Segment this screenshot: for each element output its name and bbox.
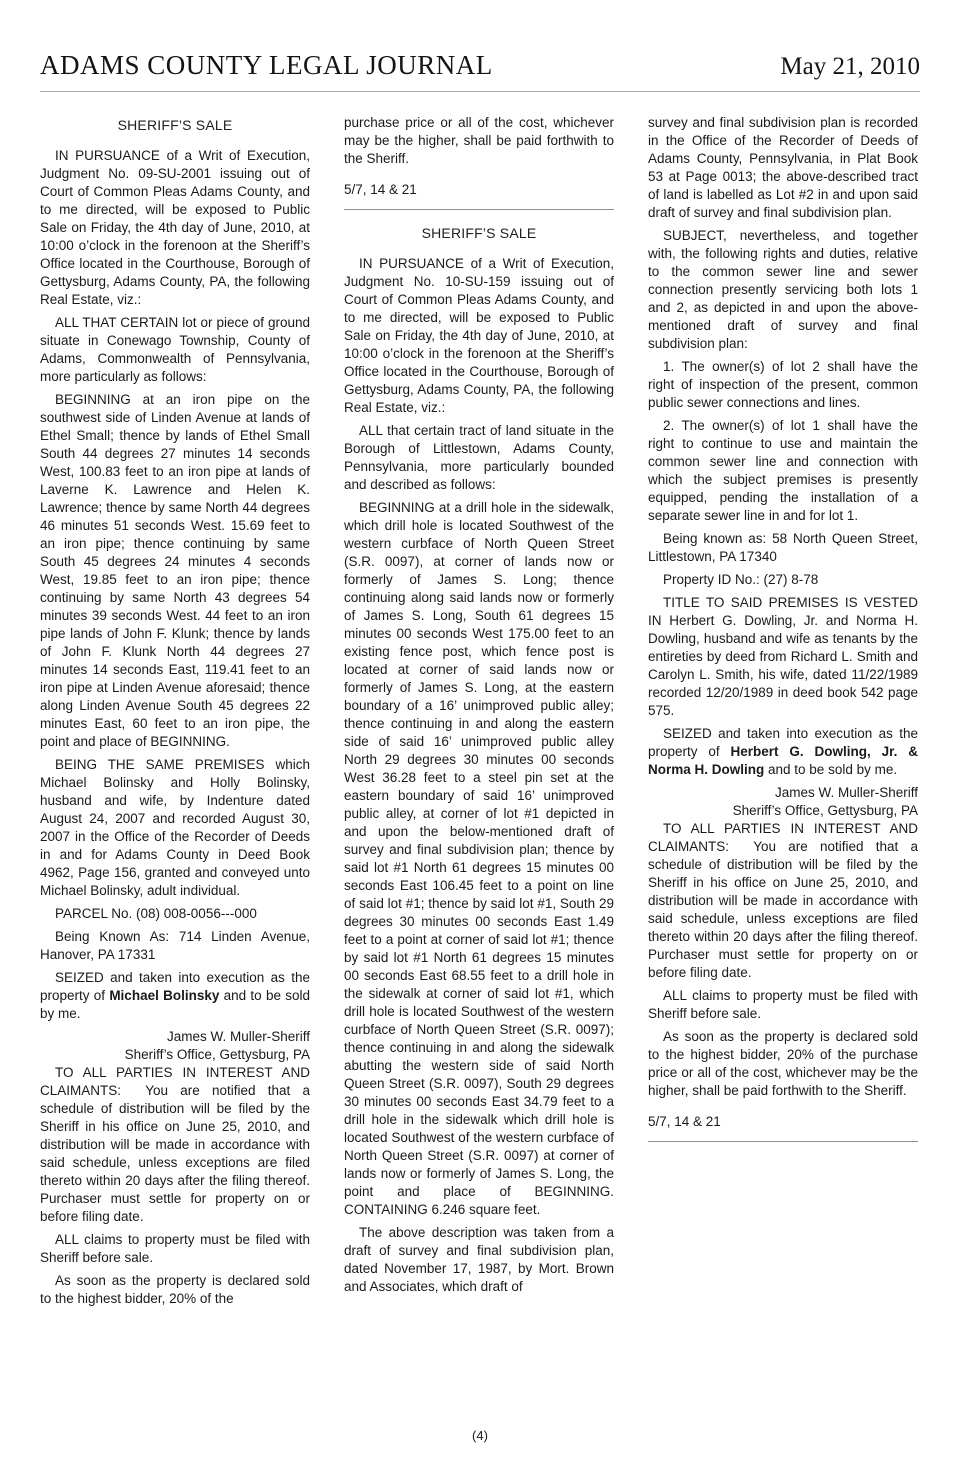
notice-paragraph: SEIZED and taken into execution as the p… <box>40 969 310 1023</box>
docket-dates: 5/7, 14 & 21 <box>344 181 614 199</box>
issue-date: May 21, 2010 <box>780 53 920 81</box>
notice-paragraph: PARCEL No. (08) 008-0056---000 <box>40 905 310 923</box>
notice-paragraph: BEGINNING at a drill hole in the sidewal… <box>344 499 614 1219</box>
notice-paragraph: ALL THAT CERTAIN lot or piece of ground … <box>40 314 310 386</box>
notice-paragraph: ALL claims to property must be filed wit… <box>40 1231 310 1267</box>
notice-paragraph: ALL that certain tract of land situate i… <box>344 422 614 494</box>
notice-paragraph: ALL claims to property must be filed wit… <box>648 987 918 1023</box>
notice-heading: SHERIFF’S SALE <box>344 224 614 242</box>
notice-paragraph: 1. The owner(s) of lot 2 shall have the … <box>648 358 918 412</box>
journal-page: ADAMS COUNTY LEGAL JOURNAL May 21, 2010 … <box>0 0 960 1313</box>
notice-paragraph: IN PURSUANCE of a Writ of Execution, Jud… <box>344 255 614 417</box>
notice-paragraph: SUBJECT, nevertheless, and together with… <box>648 227 918 353</box>
docket-dates: 5/7, 14 & 21 <box>648 1113 918 1131</box>
notice-paragraph: BEGINNING at an iron pipe on the southwe… <box>40 391 310 751</box>
notice-paragraph: The above description was taken from a d… <box>344 1224 614 1296</box>
notice-paragraph: TO ALL PARTIES IN INTEREST AND CLAIMANTS… <box>40 1064 310 1226</box>
masthead: ADAMS COUNTY LEGAL JOURNAL May 21, 2010 <box>40 0 920 92</box>
column-divider-rule <box>344 209 614 210</box>
notice-paragraph: Being Known As: 714 Linden Avenue, Hanov… <box>40 928 310 964</box>
page-number: (4) <box>0 1428 960 1443</box>
notice-paragraph: SEIZED and taken into execution as the p… <box>648 725 918 779</box>
signature-line: Sheriff’s Office, Gettysburg, PA <box>648 802 918 820</box>
column-divider-rule <box>648 1141 918 1142</box>
text-column-3: survey and final subdivision plan is rec… <box>648 114 918 1313</box>
notice-paragraph: As soon as the property is declared sold… <box>40 1272 310 1308</box>
journal-title: ADAMS COUNTY LEGAL JOURNAL <box>40 50 493 81</box>
signature-line: James W. Muller-Sheriff <box>40 1028 310 1046</box>
notice-paragraph: BEING THE SAME PREMISES which Michael Bo… <box>40 756 310 900</box>
notice-paragraph: TO ALL PARTIES IN INTEREST AND CLAIMANTS… <box>648 820 918 982</box>
notice-paragraph: TITLE TO SAID PREMISES IS VESTED IN Herb… <box>648 594 918 720</box>
notice-paragraph: As soon as the property is declared sold… <box>648 1028 918 1100</box>
text-column-2: purchase price or all of the cost, which… <box>344 114 614 1313</box>
text-columns: SHERIFF’S SALEIN PURSUANCE of a Writ of … <box>40 92 920 1313</box>
notice-paragraph: purchase price or all of the cost, which… <box>344 114 614 168</box>
notice-paragraph: Property ID No.: (27) 8-78 <box>648 571 918 589</box>
notice-paragraph: IN PURSUANCE of a Writ of Execution, Jud… <box>40 147 310 309</box>
notice-heading: SHERIFF’S SALE <box>40 116 310 134</box>
notice-paragraph: Being known as: 58 North Queen Street, L… <box>648 530 918 566</box>
signature-line: James W. Muller-Sheriff <box>648 784 918 802</box>
notice-paragraph: 2. The owner(s) of lot 1 shall have the … <box>648 417 918 525</box>
notice-paragraph: survey and final subdivision plan is rec… <box>648 114 918 222</box>
signature-line: Sheriff’s Office, Gettysburg, PA <box>40 1046 310 1064</box>
text-column-1: SHERIFF’S SALEIN PURSUANCE of a Writ of … <box>40 114 310 1313</box>
